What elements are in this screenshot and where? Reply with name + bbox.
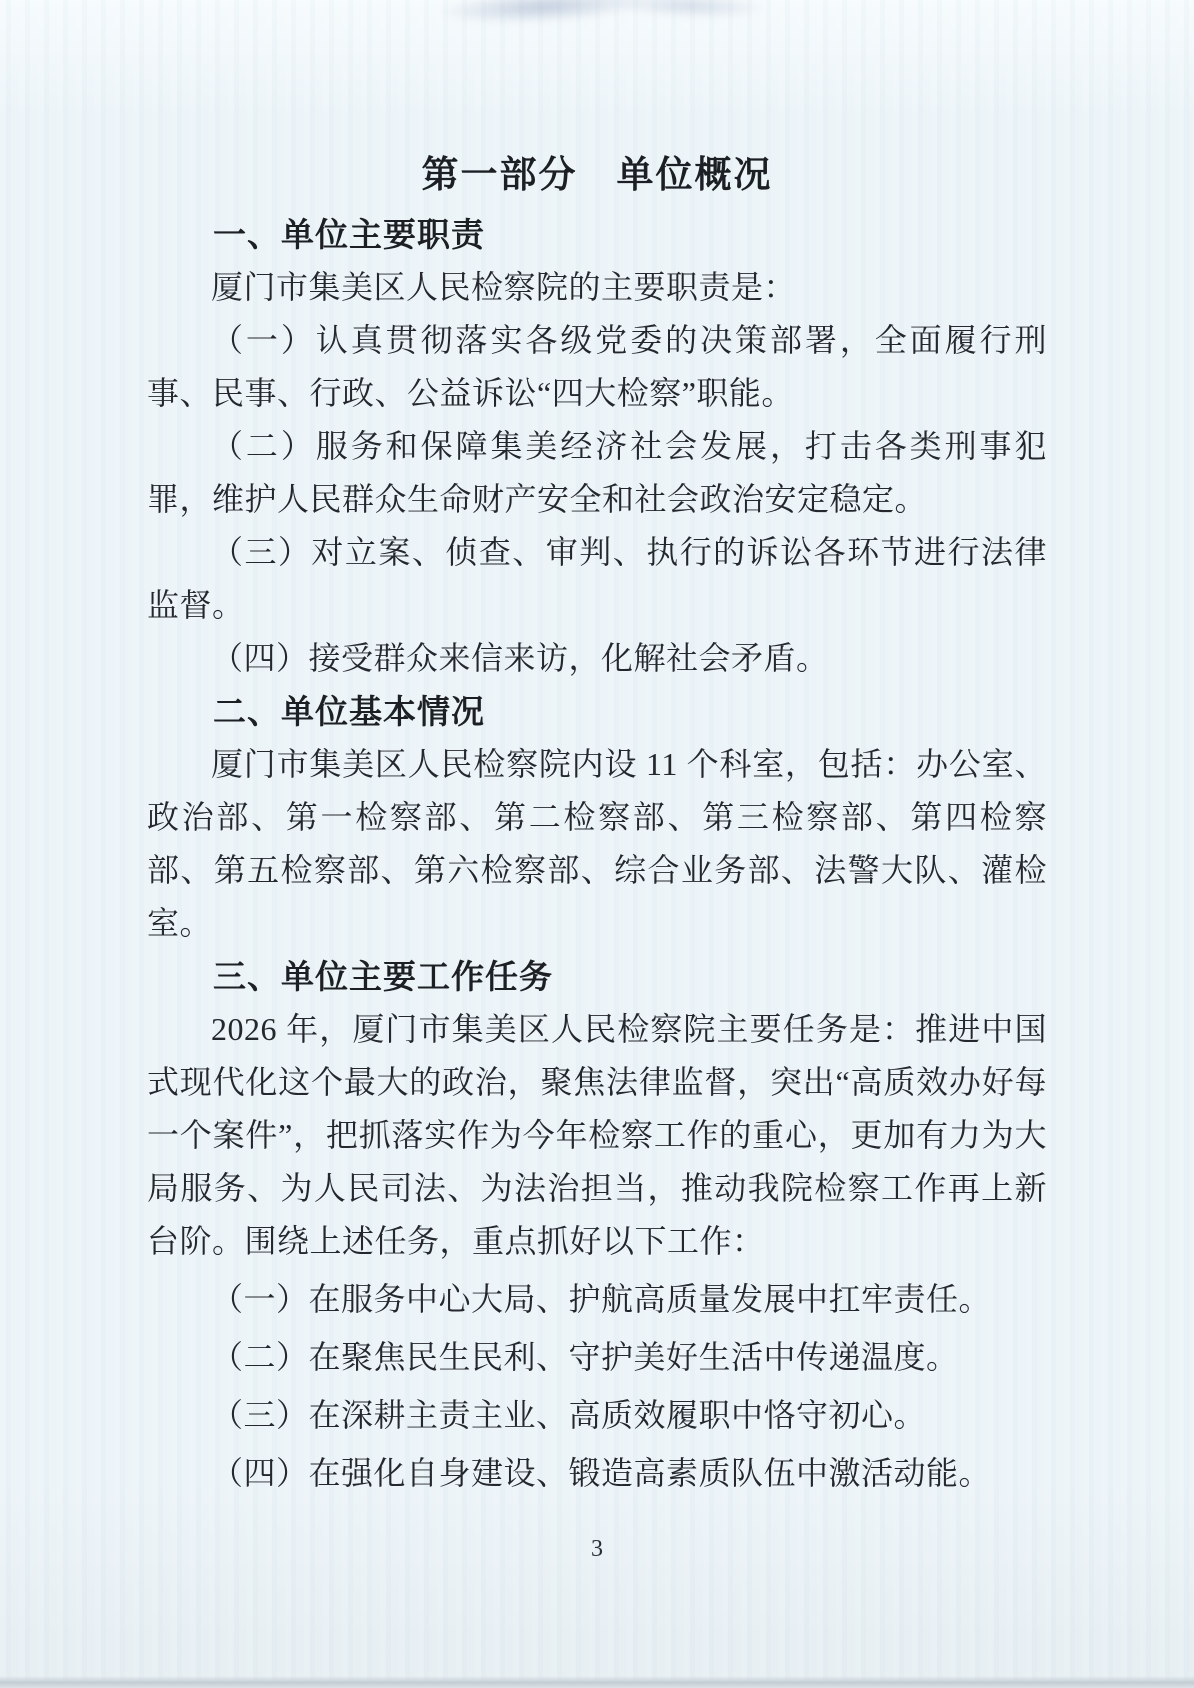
scan-bottom-edge [0, 1676, 1194, 1688]
scan-smudge [610, 0, 771, 21]
body-paragraph: 厦门市集美区人民检察院内设 11 个科室，包括：办公室、政治部、第一检察部、第二… [147, 738, 1047, 950]
body-paragraph: （四）接受群众来信来访，化解社会矛盾。 [147, 632, 1047, 685]
document-body: 第一部分 单位概况 一、单位主要职责厦门市集美区人民检察院的主要职责是：（一）认… [147, 146, 1047, 1500]
body-paragraph: 厦门市集美区人民检察院的主要职责是： [147, 261, 1047, 314]
section-heading: 三、单位主要工作任务 [147, 950, 1047, 1003]
work-item-line: （三）在深耕主责主业、高质效履职中恪守初心。 [147, 1389, 1047, 1442]
body-paragraph: （一）认真贯彻落实各级党委的决策部署，全面履行刑事、民事、行政、公益诉讼“四大检… [147, 314, 1047, 420]
scanned-document-page: 第一部分 单位概况 一、单位主要职责厦门市集美区人民检察院的主要职责是：（一）认… [0, 0, 1194, 1688]
section-heading: 一、单位主要职责 [147, 208, 1047, 261]
document-title: 第一部分 单位概况 [147, 146, 1047, 204]
document-text-blocks: 一、单位主要职责厦门市集美区人民检察院的主要职责是：（一）认真贯彻落实各级党委的… [147, 208, 1047, 1500]
scan-smudge [437, 0, 648, 27]
work-item-line: （二）在聚焦民生民利、守护美好生活中传递温度。 [147, 1331, 1047, 1384]
body-paragraph: 2026 年，厦门市集美区人民检察院主要任务是：推进中国式现代化这个最大的政治，… [147, 1003, 1047, 1268]
body-paragraph: （三）对立案、侦查、审判、执行的诉讼各环节进行法律监督。 [147, 526, 1047, 632]
body-paragraph: （二）服务和保障集美经济社会发展，打击各类刑事犯罪，维护人民群众生命财产安全和社… [147, 420, 1047, 526]
section-heading: 二、单位基本情况 [147, 685, 1047, 738]
page-number: 3 [0, 1534, 1194, 1564]
work-item-line: （四）在强化自身建设、锻造高素质队伍中激活动能。 [147, 1447, 1047, 1500]
work-item-line: （一）在服务中心大局、护航高质量发展中扛牢责任。 [147, 1273, 1047, 1326]
